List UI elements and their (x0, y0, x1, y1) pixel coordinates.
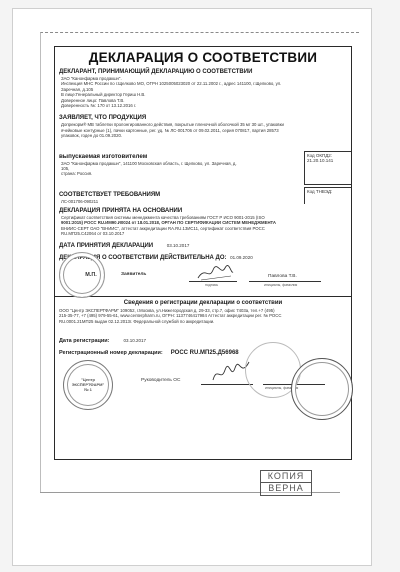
stamp-mp-label: М.П. (85, 272, 97, 278)
product-heading: ЗАЯВЛЯЕТ, ЧТО ПРОДУКЦИЯ (59, 114, 347, 122)
applicant-signature-row: М.П. Заявитель подпись Павлова Т.В. иниц… (59, 262, 347, 296)
signature-line (189, 281, 237, 282)
name-line (249, 281, 321, 282)
stamp-text: № 1 (84, 387, 92, 392)
head-role: Руководитель ОС (141, 378, 180, 383)
round-seal (291, 358, 353, 420)
document-title: ДЕКЛАРАЦИЯ О СООТВЕТСТВИИ (59, 50, 347, 65)
manufacturer-section: выпускаемая изготовителем ЗАО "Канонфарм… (59, 151, 347, 185)
copy-certified-stamp: КОПИЯ ВЕРНА (260, 470, 312, 496)
acceptance-date-label: ДАТА ПРИНЯТИЯ ДЕКЛАРАЦИИ (59, 243, 153, 249)
acceptance-date-value: 03.10.2017 (167, 243, 190, 248)
copy-stamp-line1: КОПИЯ (261, 471, 311, 482)
validity-row: ДЕКЛАРАЦИЯ О СООТВЕТСТВИИ ДЕЙСТВИТЕЛЬНА … (59, 254, 347, 262)
acceptance-date-row: ДАТА ПРИНЯТИЯ ДЕКЛАРАЦИИ 03.10.2017 (59, 242, 347, 250)
applicant-role: Заявитель (121, 272, 146, 277)
registration-section: Сведения о регистрации декларации о соот… (59, 300, 347, 414)
manufacturer-heading: выпускаемая изготовителем (59, 153, 304, 161)
validity-value: 01.09.2020 (230, 255, 253, 260)
basis-section: ДЕКЛАРАЦИЯ ПРИНЯТА НА ОСНОВАНИИ Сертифик… (59, 207, 347, 237)
declaration-document: ДЕКЛАРАЦИЯ О СООТВЕТСТВИИ ДЕКЛАРАНТ, ПРИ… (54, 46, 352, 460)
company-stamp: М.П. (59, 252, 105, 298)
copy-stamp-line2: ВЕРНА (261, 483, 311, 494)
head-signature-line (201, 384, 253, 385)
name-caption: инициалы, фамилия (264, 283, 297, 287)
product-section: ЗАЯВЛЯЕТ, ЧТО ПРОДУКЦИЯ Допрекорм® МВ та… (59, 114, 347, 138)
section-divider (55, 296, 351, 297)
manufacturer-line: страна: Россия. (61, 171, 304, 176)
declarant-section: ДЕКЛАРАНТ, ПРИНИМАЮЩИЙ ДЕКЛАРАЦИЮ О СООТ… (59, 68, 347, 108)
okpd-value: 21.20.10.141 (307, 158, 349, 164)
conformity-section: СООТВЕТСТВУЕТ ТРЕБОВАНИЯМ ЛС-001706-0902… (59, 187, 347, 204)
tnved-code-box: Код ТНВЭД: (304, 187, 351, 204)
registration-heading: Сведения о регистрации декларации о соот… (59, 300, 347, 306)
expertpharm-stamp: "Центр ЭКСПЕРТФАРМ" № 1 (63, 360, 113, 410)
registration-date-value: 03.10.2017 (124, 338, 147, 343)
declarant-heading: ДЕКЛАРАНТ, ПРИНИМАЮЩИЙ ДЕКЛАРАЦИЮ О СООТ… (59, 68, 347, 76)
basis-heading: ДЕКЛАРАЦИЯ ПРИНЯТА НА ОСНОВАНИИ (59, 207, 347, 215)
conformity-heading: СООТВЕТСТВУЕТ ТРЕБОВАНИЯМ (59, 191, 304, 199)
registration-signature-row: "Центр ЭКСПЕРТФАРМ" № 1 Руководитель ОС … (59, 356, 347, 414)
okpd-code-box: Код ОКПД2: 21.20.10.141 (304, 151, 351, 185)
signature-caption: подпись (205, 283, 218, 287)
conformity-line: ЛС-001706-090211 (59, 199, 304, 204)
tnved-label: Код ТНВЭД: (307, 189, 349, 195)
registration-date-label: Дата регистрации: (59, 338, 110, 344)
applicant-name: Павлова Т.В. (268, 274, 297, 279)
